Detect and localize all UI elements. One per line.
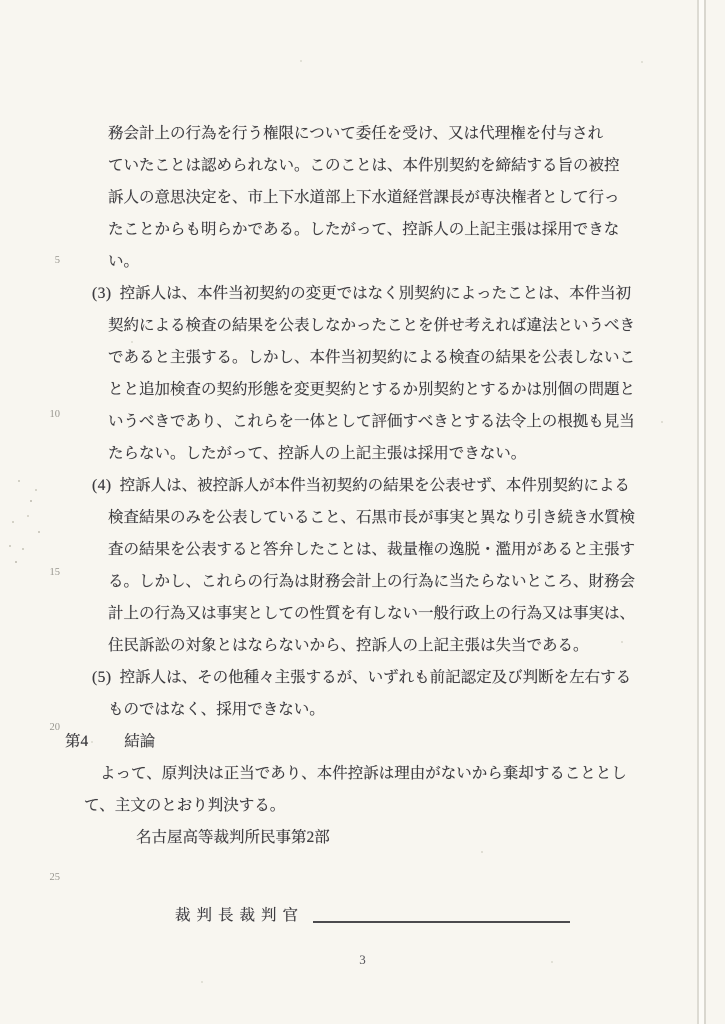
text-line: る。しかし、これらの行為は財務会計上の行為に当たらないところ、財務会 <box>108 566 644 598</box>
signature-row: 裁判長裁判官 <box>175 903 304 927</box>
signature-line <box>313 921 570 923</box>
margin-line-number-15: 15 <box>38 567 60 578</box>
text-line: 訴人の意思決定を、市上下水道部上下水道経営課長が専決権者として行っ <box>108 182 644 214</box>
item-marker: (3) <box>92 285 112 302</box>
text-line: 査の結果を公表すると答弁したことは、裁量権の逸脱・濫用があると主張す <box>108 534 644 566</box>
text-line: て、主文のとおり判決する。 <box>84 790 644 822</box>
text-line: 計上の行為又は事実としての性質を有しない一般行政上の行為又は事実は、 <box>108 598 644 630</box>
text-line: とと追加検査の契約形態を変更契約とするか別契約とするかは別個の問題と <box>108 374 644 406</box>
text-line: たことからも明らかである。したがって、控訴人の上記主張は採用できな <box>108 214 644 246</box>
text-line: 務会計上の行為を行う権限について委任を受け、又は代理権を付与され <box>108 118 644 150</box>
text-line: 検査結果のみを公表していること、石黒市長が事実と異なり引き続き水質検 <box>108 502 644 534</box>
list-item-line: (4)控訴人は、被控訴人が本件当初契約の結果を公表せず、本件別契約による <box>92 470 644 502</box>
section-heading: 第4結論 <box>65 726 644 758</box>
court-name-line: 名古屋高等裁判所民事第2部 <box>136 822 644 854</box>
scan-speckles <box>0 0 2 2</box>
text-line: い。 <box>108 246 644 278</box>
margin-line-number-10: 10 <box>38 409 60 420</box>
text-line: たらない。したがって、控訴人の上記主張は採用できない。 <box>108 438 644 470</box>
text-line: 契約による検査の結果を公表しなかったことを併せ考えれば違法というべき <box>108 310 644 342</box>
page-number: 3 <box>0 952 725 968</box>
margin-line-number-20: 20 <box>38 722 60 733</box>
list-item-line: (3)控訴人は、本件当初契約の変更ではなく別契約によったことは、本件当初 <box>92 278 644 310</box>
document-page: 5 10 15 20 25 務会計上の行為を行う権限について委任を受け、又は代理… <box>0 0 725 1024</box>
section-number: 第4 <box>65 733 88 750</box>
text-line: ものではなく、採用できない。 <box>108 694 644 726</box>
text-line: であると主張する。しかし、本件当初契約による検査の結果を公表しないこ <box>108 342 644 374</box>
list-item-line: (5)控訴人は、その他種々主張するが、いずれも前記認定及び判断を左右する <box>92 662 644 694</box>
item-marker: (5) <box>92 669 112 686</box>
margin-line-number-25: 25 <box>38 872 60 883</box>
item-marker: (4) <box>92 477 112 494</box>
presiding-judge-label: 裁判長裁判官 <box>175 907 304 924</box>
margin-line-number-5: 5 <box>38 255 60 266</box>
text-line: よって、原判決は正当であり、本件控訴は理由がないから棄却することとし <box>100 758 644 790</box>
text-line: いうべきであり、これらを一体として評価すべきとする法令上の根拠も見当 <box>108 406 644 438</box>
judgment-text-column: 務会計上の行為を行う権限について委任を受け、又は代理権を付与されていたことは認め… <box>64 118 644 854</box>
text-line: 住民訴訟の対象とはならないから、控訴人の上記主張は失当である。 <box>108 630 644 662</box>
page-edge-line <box>697 0 706 1024</box>
text-line: ていたことは認められない。このことは、本件別契約を締結する旨の被控 <box>108 150 644 182</box>
